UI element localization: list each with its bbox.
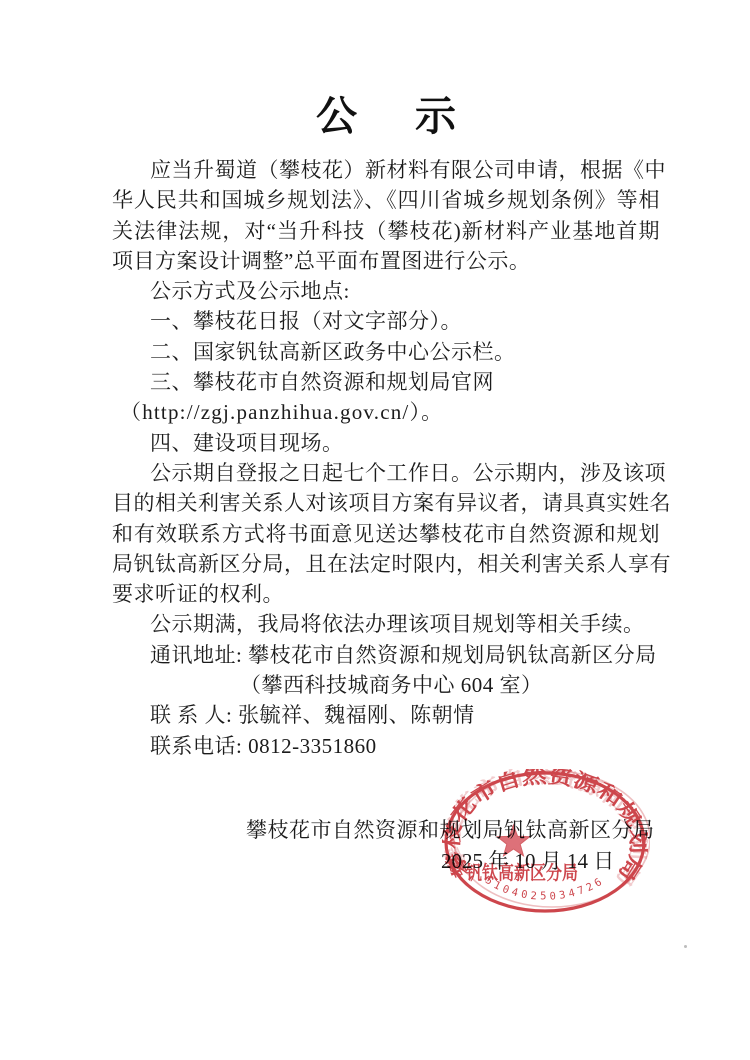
paper-speck xyxy=(684,945,687,948)
body-line: 三、攀枝花市自然资源和规划局官网 xyxy=(112,367,660,397)
notice-title: 公 示 xyxy=(112,92,660,140)
body-line-phone: 联系电话: 0812-3351860 xyxy=(112,731,660,761)
body-line-address-2: （攀西科技城商务中心 604 室） xyxy=(112,670,660,700)
body-line: 四、建设项目现场。 xyxy=(112,428,660,458)
body-line-address: 通讯地址: 攀枝花市自然资源和规划局钒钛高新区分局 xyxy=(112,640,660,670)
body-line: 局钒钛高新区分局，且在法定时限内，相关利害关系人享有 xyxy=(112,549,660,579)
body-line: 公示方式及公示地点: xyxy=(112,276,660,306)
body-line-contacts: 联 系 人: 张毓祥、魏福刚、陈朝情 xyxy=(112,700,660,730)
body-line: 一、攀枝花日报（对文字部分）。 xyxy=(112,306,660,336)
body-line: 公示期满，我局将依法办理该项目规划等相关手续。 xyxy=(112,609,660,639)
star-icon xyxy=(497,825,529,856)
body-line: 公示期自登报之日起七个工作日。公示期内，涉及该项 xyxy=(112,458,660,488)
body-line: 目的相关利害关系人对该项目方案有异议者，请具真实姓名 xyxy=(112,488,660,518)
notice-title-char-2: 示 xyxy=(415,92,456,140)
body-line: 应当升蜀道（攀枝花）新材料有限公司申请，根据《中 xyxy=(112,155,660,185)
official-seal: 攀枝花市自然资源和规划局 攀枝花市自然资源和规划局 钒钛高新区分局 510402… xyxy=(442,769,650,915)
body-line: 和有效联系方式将书面意见送达攀枝花市自然资源和规划 xyxy=(112,519,660,549)
notice-page: 公 示 应当升蜀道（攀枝花）新材料有限公司申请，根据《中 华人民共和国城乡规划法… xyxy=(0,0,750,1060)
body-line-url: （http://zgj.panzhihua.gov.cn/）。 xyxy=(112,397,660,427)
body-line: 二、国家钒钛高新区政务中心公示栏。 xyxy=(112,337,660,367)
notice-body: 应当升蜀道（攀枝花）新材料有限公司申请，根据《中 华人民共和国城乡规划法》、《四… xyxy=(112,155,660,761)
notice-title-char-1: 公 xyxy=(316,92,357,140)
body-line: 关法律法规，对“当升科技（攀枝花)新材料产业基地首期 xyxy=(112,216,660,246)
body-line: 要求听证的权利。 xyxy=(112,579,660,609)
seal-inner-text: 钒钛高新区分局 xyxy=(465,861,578,884)
body-line: 项目方案设计调整”总平面布置图进行公示。 xyxy=(112,246,660,276)
body-line: 华人民共和国城乡规划法》、《四川省城乡规划条例》等相 xyxy=(112,185,660,215)
